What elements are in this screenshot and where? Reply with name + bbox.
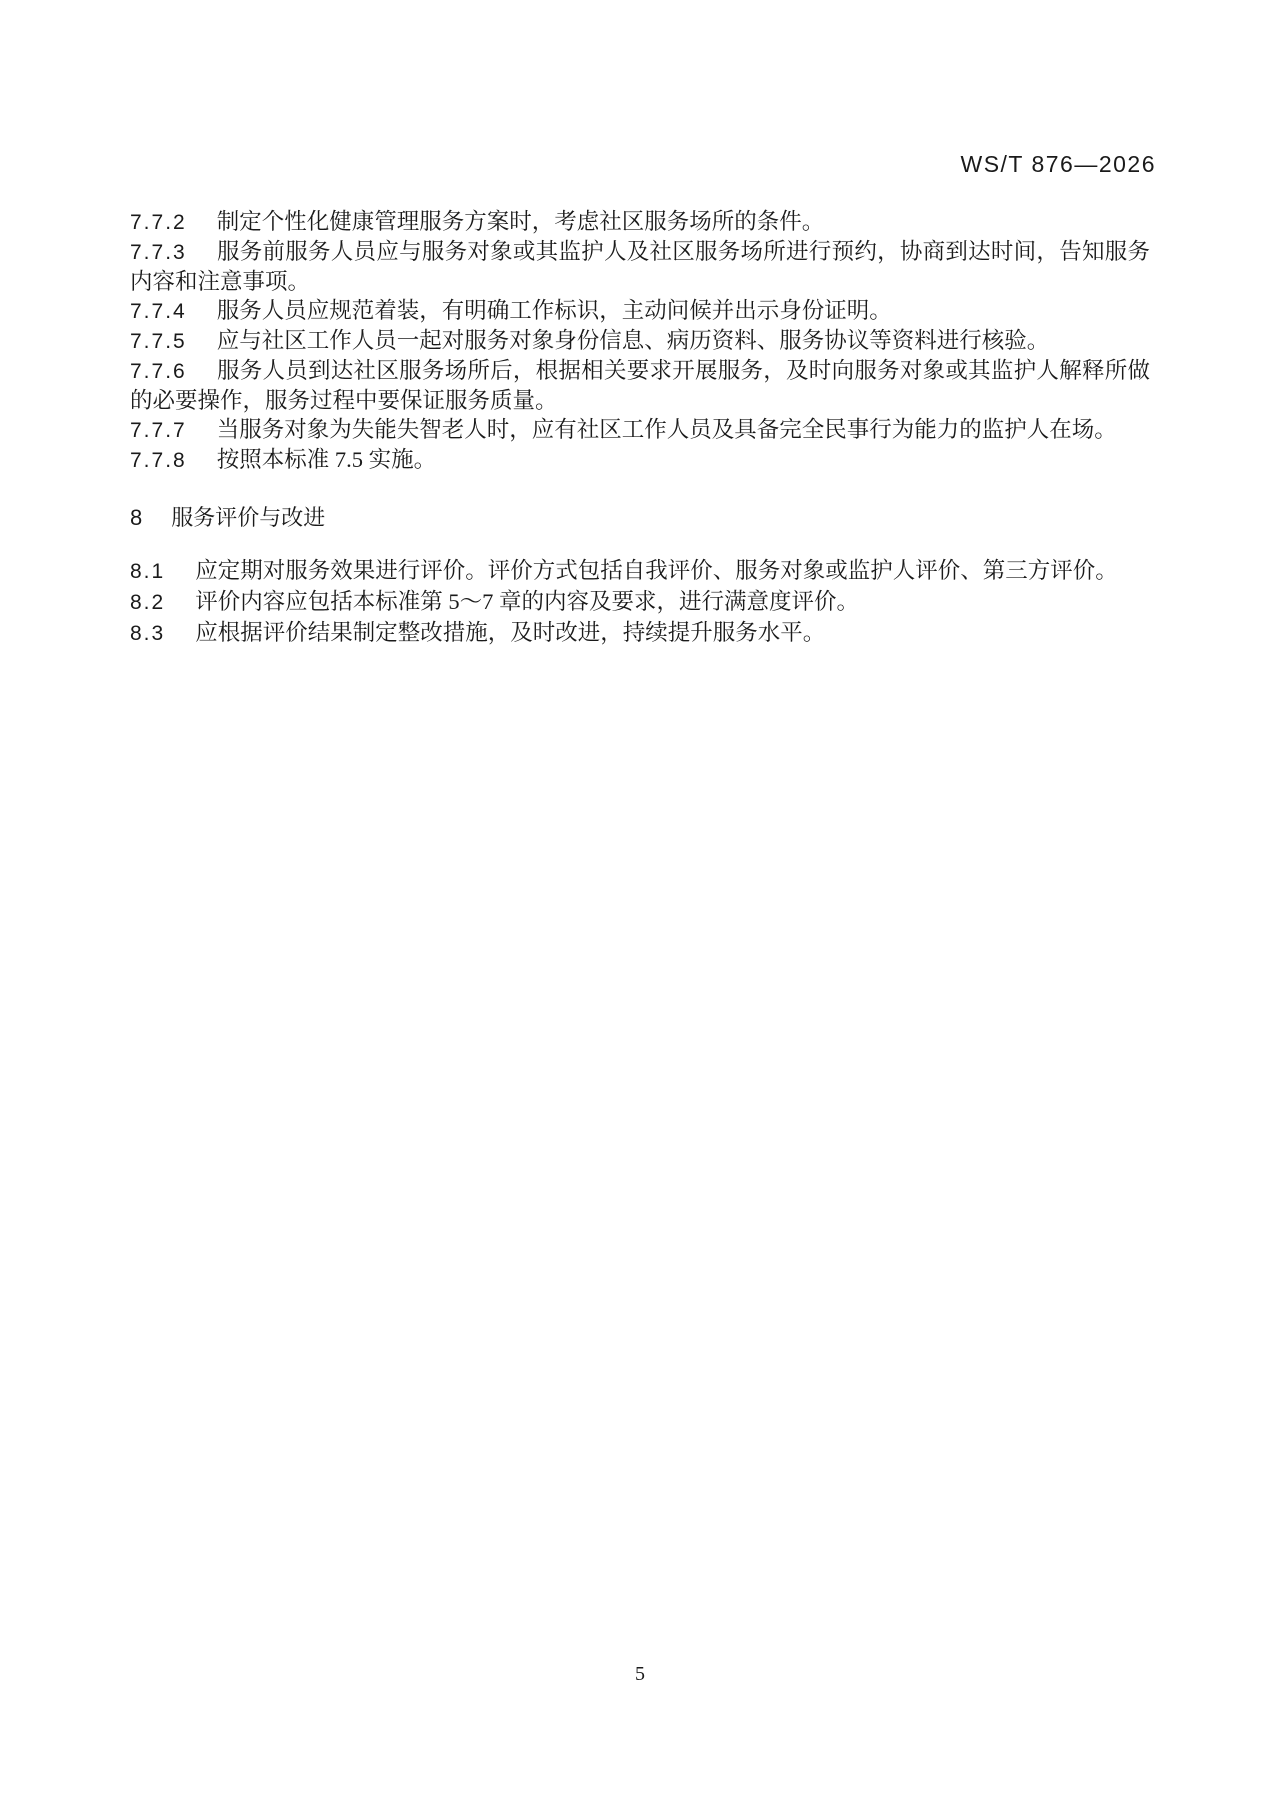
clause-text: 服务人员应规范着装，有明确工作标识，主动问候并出示身份证明。	[217, 298, 892, 323]
standard-number-header: WS/T 876—2026	[960, 151, 1156, 178]
clause-text: 应与社区工作人员一起对服务对象身份信息、病历资料、服务协议等资料进行核验。	[217, 328, 1050, 353]
clause-7-7-5: 7.7.5应与社区工作人员一起对服务对象身份信息、病历资料、服务协议等资料进行核…	[130, 326, 1150, 356]
clause-text: 服务前服务人员应与服务对象或其监护人及社区服务场所进行预约，协商到达时间，告知服…	[130, 239, 1150, 294]
clause-text: 应定期对服务效果进行评价。评价方式包括自我评价、服务对象或监护人评价、第三方评价…	[195, 558, 1118, 583]
clause-number: 7.7.7	[130, 419, 187, 442]
clause-number: 7.7.2	[130, 211, 187, 234]
clause-text: 应根据评价结果制定整改措施，及时改进，持续提升服务水平。	[195, 620, 825, 645]
section-title: 服务评价与改进	[171, 505, 325, 530]
clause-text: 制定个性化健康管理服务方案时，考虑社区服务场所的条件。	[217, 209, 825, 234]
document-body: 7.7.2制定个性化健康管理服务方案时，考虑社区服务场所的条件。 7.7.3服务…	[130, 207, 1150, 649]
document-page: WS/T 876—2026 7.7.2制定个性化健康管理服务方案时，考虑社区服务…	[0, 0, 1280, 1810]
clause-7-7-7: 7.7.7当服务对象为失能失智老人时，应有社区工作人员及具备完全民事行为能力的监…	[130, 415, 1150, 445]
clause-number: 7.7.5	[130, 330, 187, 353]
clause-7-7-2: 7.7.2制定个性化健康管理服务方案时，考虑社区服务场所的条件。	[130, 207, 1150, 237]
clause-7-7-4: 7.7.4服务人员应规范着装，有明确工作标识，主动问候并出示身份证明。	[130, 296, 1150, 326]
clause-number: 8.1	[130, 560, 165, 583]
page-number: 5	[0, 1663, 1280, 1686]
clause-number: 7.7.6	[130, 360, 187, 383]
clause-text: 服务人员到达社区服务场所后，根据相关要求开展服务，及时向服务对象或其监护人解释所…	[130, 358, 1150, 413]
clause-text: 评价内容应包括本标准第 5～7 章的内容及要求，进行满意度评价。	[195, 589, 859, 614]
section-8-heading: 8服务评价与改进	[130, 503, 1150, 533]
clause-number: 8.2	[130, 591, 165, 614]
clause-7-7-8: 7.7.8按照本标准 7.5 实施。	[130, 445, 1150, 475]
clause-text: 当服务对象为失能失智老人时，应有社区工作人员及具备完全民事行为能力的监护人在场。	[217, 417, 1117, 442]
clause-8-2: 8.2评价内容应包括本标准第 5～7 章的内容及要求，进行满意度评价。	[130, 587, 1150, 617]
clause-number: 7.7.4	[130, 300, 187, 323]
clause-number: 8.3	[130, 622, 165, 645]
clause-7-7-6: 7.7.6服务人员到达社区服务场所后，根据相关要求开展服务，及时向服务对象或其监…	[130, 356, 1150, 415]
clause-number: 7.7.3	[130, 241, 187, 264]
clause-number: 7.7.8	[130, 449, 187, 472]
clause-text: 按照本标准 7.5 实施。	[217, 447, 436, 472]
clause-8-1: 8.1应定期对服务效果进行评价。评价方式包括自我评价、服务对象或监护人评价、第三…	[130, 556, 1150, 586]
clause-7-7-3: 7.7.3服务前服务人员应与服务对象或其监护人及社区服务场所进行预约，协商到达时…	[130, 237, 1150, 296]
clause-8-3: 8.3应根据评价结果制定整改措施，及时改进，持续提升服务水平。	[130, 618, 1150, 648]
section-number: 8	[130, 505, 143, 530]
